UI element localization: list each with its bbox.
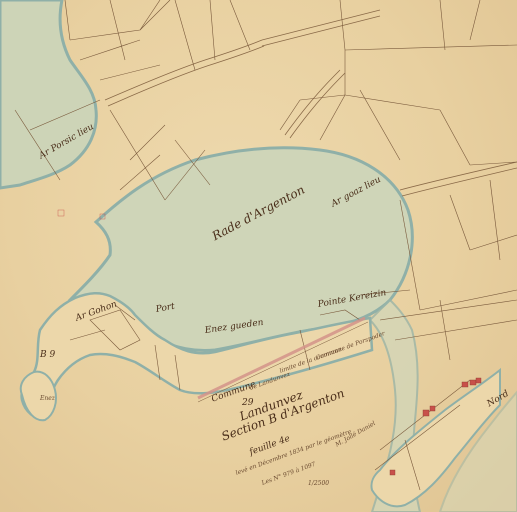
peninsula-tip-label: Enez <box>40 395 55 402</box>
west-cove-water <box>0 0 96 188</box>
parcel-b9-label: B 9 <box>40 350 55 360</box>
scale-label: 1/2500 <box>308 480 329 487</box>
map-canvas <box>0 0 517 512</box>
cadastral-map: Rade d'Argenton Ar goaz lieu Ar Porsic l… <box>0 0 517 512</box>
